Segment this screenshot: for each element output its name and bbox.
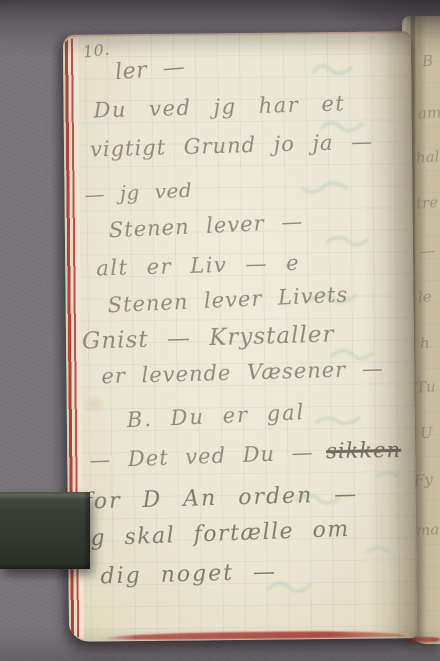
struck-word: sikken: [325, 438, 400, 463]
handwriting-line: — jg ved: [84, 178, 193, 207]
adjacent-page-text-fragment: tre: [415, 193, 438, 212]
adjacent-page-text-fragment: —: [419, 241, 435, 260]
adjacent-page-text-fragment: h: [419, 334, 430, 353]
adjacent-page-text-fragment: B: [421, 52, 433, 71]
adjacent-page-text-fragment: Fy: [413, 470, 433, 489]
adjacent-page-text-fragment: ma: [415, 520, 439, 540]
book-clamp-bar: [0, 492, 90, 569]
adjacent-page-text-fragment: le: [417, 288, 432, 307]
notebook-page: 10. ler — Du ved jg har et vigtigt Grund…: [63, 31, 417, 642]
adjacent-page-text-fragment: am: [417, 103, 440, 123]
adjacent-page-text-fragment: Tu: [415, 377, 436, 396]
handwriting-line: dig noget —: [100, 560, 277, 590]
page-number: 10.: [82, 40, 111, 62]
adjacent-page-text-fragment: hal: [415, 147, 440, 167]
adjacent-page-text-fragment: U: [419, 424, 433, 443]
